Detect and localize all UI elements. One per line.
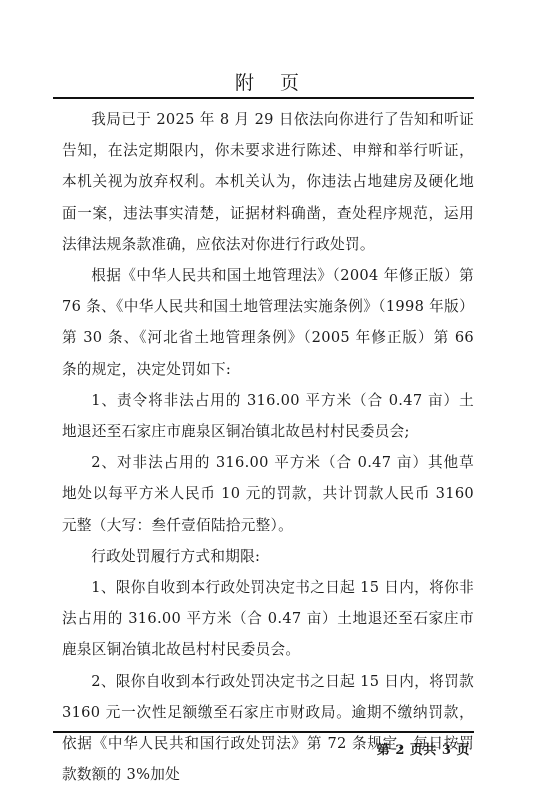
paragraph-penalty-2: 2、对非法占用的 316.00 平方米（合 0.47 亩）其他草地处以每平方米人…	[62, 447, 474, 541]
page-number: 第 2 页共 3 页	[377, 739, 470, 758]
paragraph-execution-heading: 行政处罚履行方式和期限:	[62, 541, 474, 572]
paragraph-legal-basis: 根据《中华人民共和国土地管理法》（2004 年修正版）第 76 条、《中华人民共…	[62, 260, 474, 385]
page-title: 附页	[0, 71, 534, 95]
paragraph-notice: 我局已于 2025 年 8 月 29 日依法向你进行了告知和听证告知，在法定期限…	[62, 104, 474, 260]
paragraph-execution-2: 2、限你自收到本行政处罚决定书之日起 15 日内，将罚款 3160 元一次性足额…	[62, 666, 474, 791]
header-rule	[53, 97, 474, 99]
paragraph-penalty-1: 1、责令将非法占用的 316.00 平方米（合 0.47 亩）土地退还至石家庄市…	[62, 385, 474, 447]
document-body: 我局已于 2025 年 8 月 29 日依法向你进行了告知和听证告知，在法定期限…	[62, 104, 474, 790]
paragraph-execution-1: 1、限你自收到本行政处罚决定书之日起 15 日内，将你非法占用的 316.00 …	[62, 572, 474, 666]
footer-rule	[53, 731, 474, 733]
